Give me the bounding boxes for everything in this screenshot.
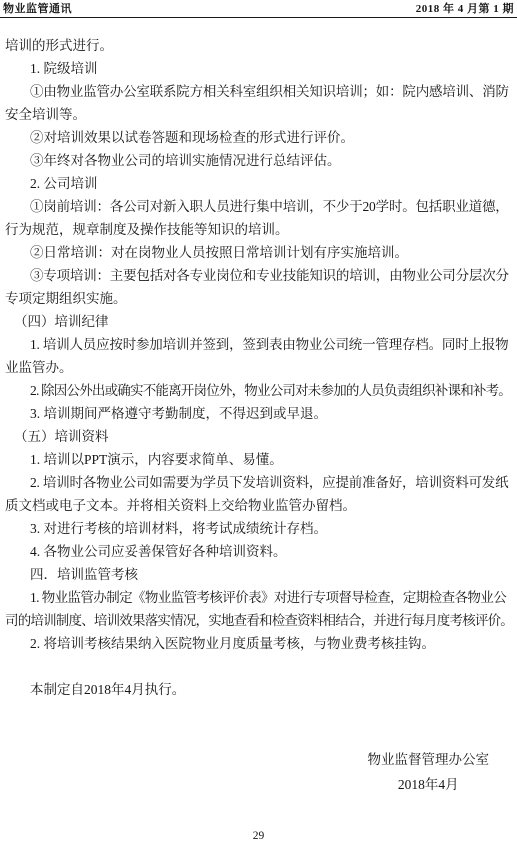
document-line: ③专项培训：主要包括对各专业岗位和专业技能知识的培训，由物业公司分层次分 <box>5 264 513 287</box>
document-line: 1. 院级培训 <box>5 57 513 80</box>
page-header: 物业监管通讯 2018 年 4 月第 1 期 <box>0 0 517 16</box>
page-number: 29 <box>253 830 265 842</box>
document-line: 本制定自2018年4月执行。 <box>5 678 513 701</box>
document-line: 培训的形式进行。 <box>5 34 513 57</box>
document-line: 业监管办。 <box>5 356 513 379</box>
document-line: ③年终对各物业公司的培训实施情况进行总结评估。 <box>5 149 513 172</box>
document-line: 2. 培训时各物业公司如需要为学员下发培训资料，应提前准备好，培训资料可发纸 <box>5 471 513 494</box>
document-line: （四）培训纪律 <box>5 310 513 333</box>
signature-inner: 物业监督管理办公室 2018年4月 <box>368 747 490 797</box>
page-footer: 29 <box>0 830 517 842</box>
header-issue-label: 2018 年 4 月第 1 期 <box>416 0 514 16</box>
document-line: 2. 公司培训 <box>5 172 513 195</box>
document-line: 3. 培训期间严格遵守考勤制度，不得迟到或早退。 <box>5 402 513 425</box>
document-line: 1. 培训以PPT演示，内容要求简单、易懂。 <box>5 448 513 471</box>
document-page: 物业监管通讯 2018 年 4 月第 1 期 培训的形式进行。1. 院级培训①由… <box>0 0 517 848</box>
document-line: 4. 各物业公司应妥善保管好各种培训资料。 <box>5 540 513 563</box>
document-body: 培训的形式进行。1. 院级培训①由物业监管办公室联系院方相关科室组织相关知识培训… <box>0 18 517 701</box>
document-line: 1. 物业监管办制定《物业监管考核评价表》对进行专项督导检查，定期检查各物业公 <box>5 586 513 609</box>
document-line: 2. 除因公外出或确实不能离开岗位外，物业公司对未参加的人员负责组织补课和补考。 <box>5 379 513 402</box>
document-line: ②对培训效果以试卷答题和现场检查的形式进行评价。 <box>5 126 513 149</box>
document-line: 专项定期组织实施。 <box>5 287 513 310</box>
document-line: （五）培训资料 <box>5 425 513 448</box>
header-publication-title: 物业监管通讯 <box>3 0 72 16</box>
document-line: ①岗前培训：各公司对新入职人员进行集中培训，不少于20学时。包括职业道德， <box>5 195 513 218</box>
document-line: 质文档或电子文本。并将相关资料上交给物业监管办留档。 <box>5 494 513 517</box>
signature-block: 物业监督管理办公室 2018年4月 <box>0 747 517 797</box>
document-line: 3. 对进行考核的培训材料，将考试成绩统计存档。 <box>5 517 513 540</box>
document-line: 司的培训制度、培训效果落实情况，实地查看和检查资料相结合，并进行每月度考核评价。 <box>5 609 513 632</box>
document-line: 2. 将培训考核结果纳入医院物业月度质量考核，与物业费考核挂钩。 <box>5 632 513 655</box>
document-line: ②日常培训：对在岗物业人员按照日常培训计划有序实施培训。 <box>5 241 513 264</box>
document-line: 行为规范，规章制度及操作技能等知识的培训。 <box>5 218 513 241</box>
signature-date: 2018年4月 <box>368 772 490 797</box>
document-line <box>5 655 513 678</box>
document-line: 安全培训等。 <box>5 103 513 126</box>
signature-office: 物业监督管理办公室 <box>368 747 490 772</box>
document-line: ①由物业监管办公室联系院方相关科室组织相关知识培训；如：院内感培训、消防 <box>5 80 513 103</box>
document-line: 四．培训监管考核 <box>5 563 513 586</box>
document-line: 1. 培训人员应按时参加培训并签到，签到表由物业公司统一管理存档。同时上报物 <box>5 333 513 356</box>
